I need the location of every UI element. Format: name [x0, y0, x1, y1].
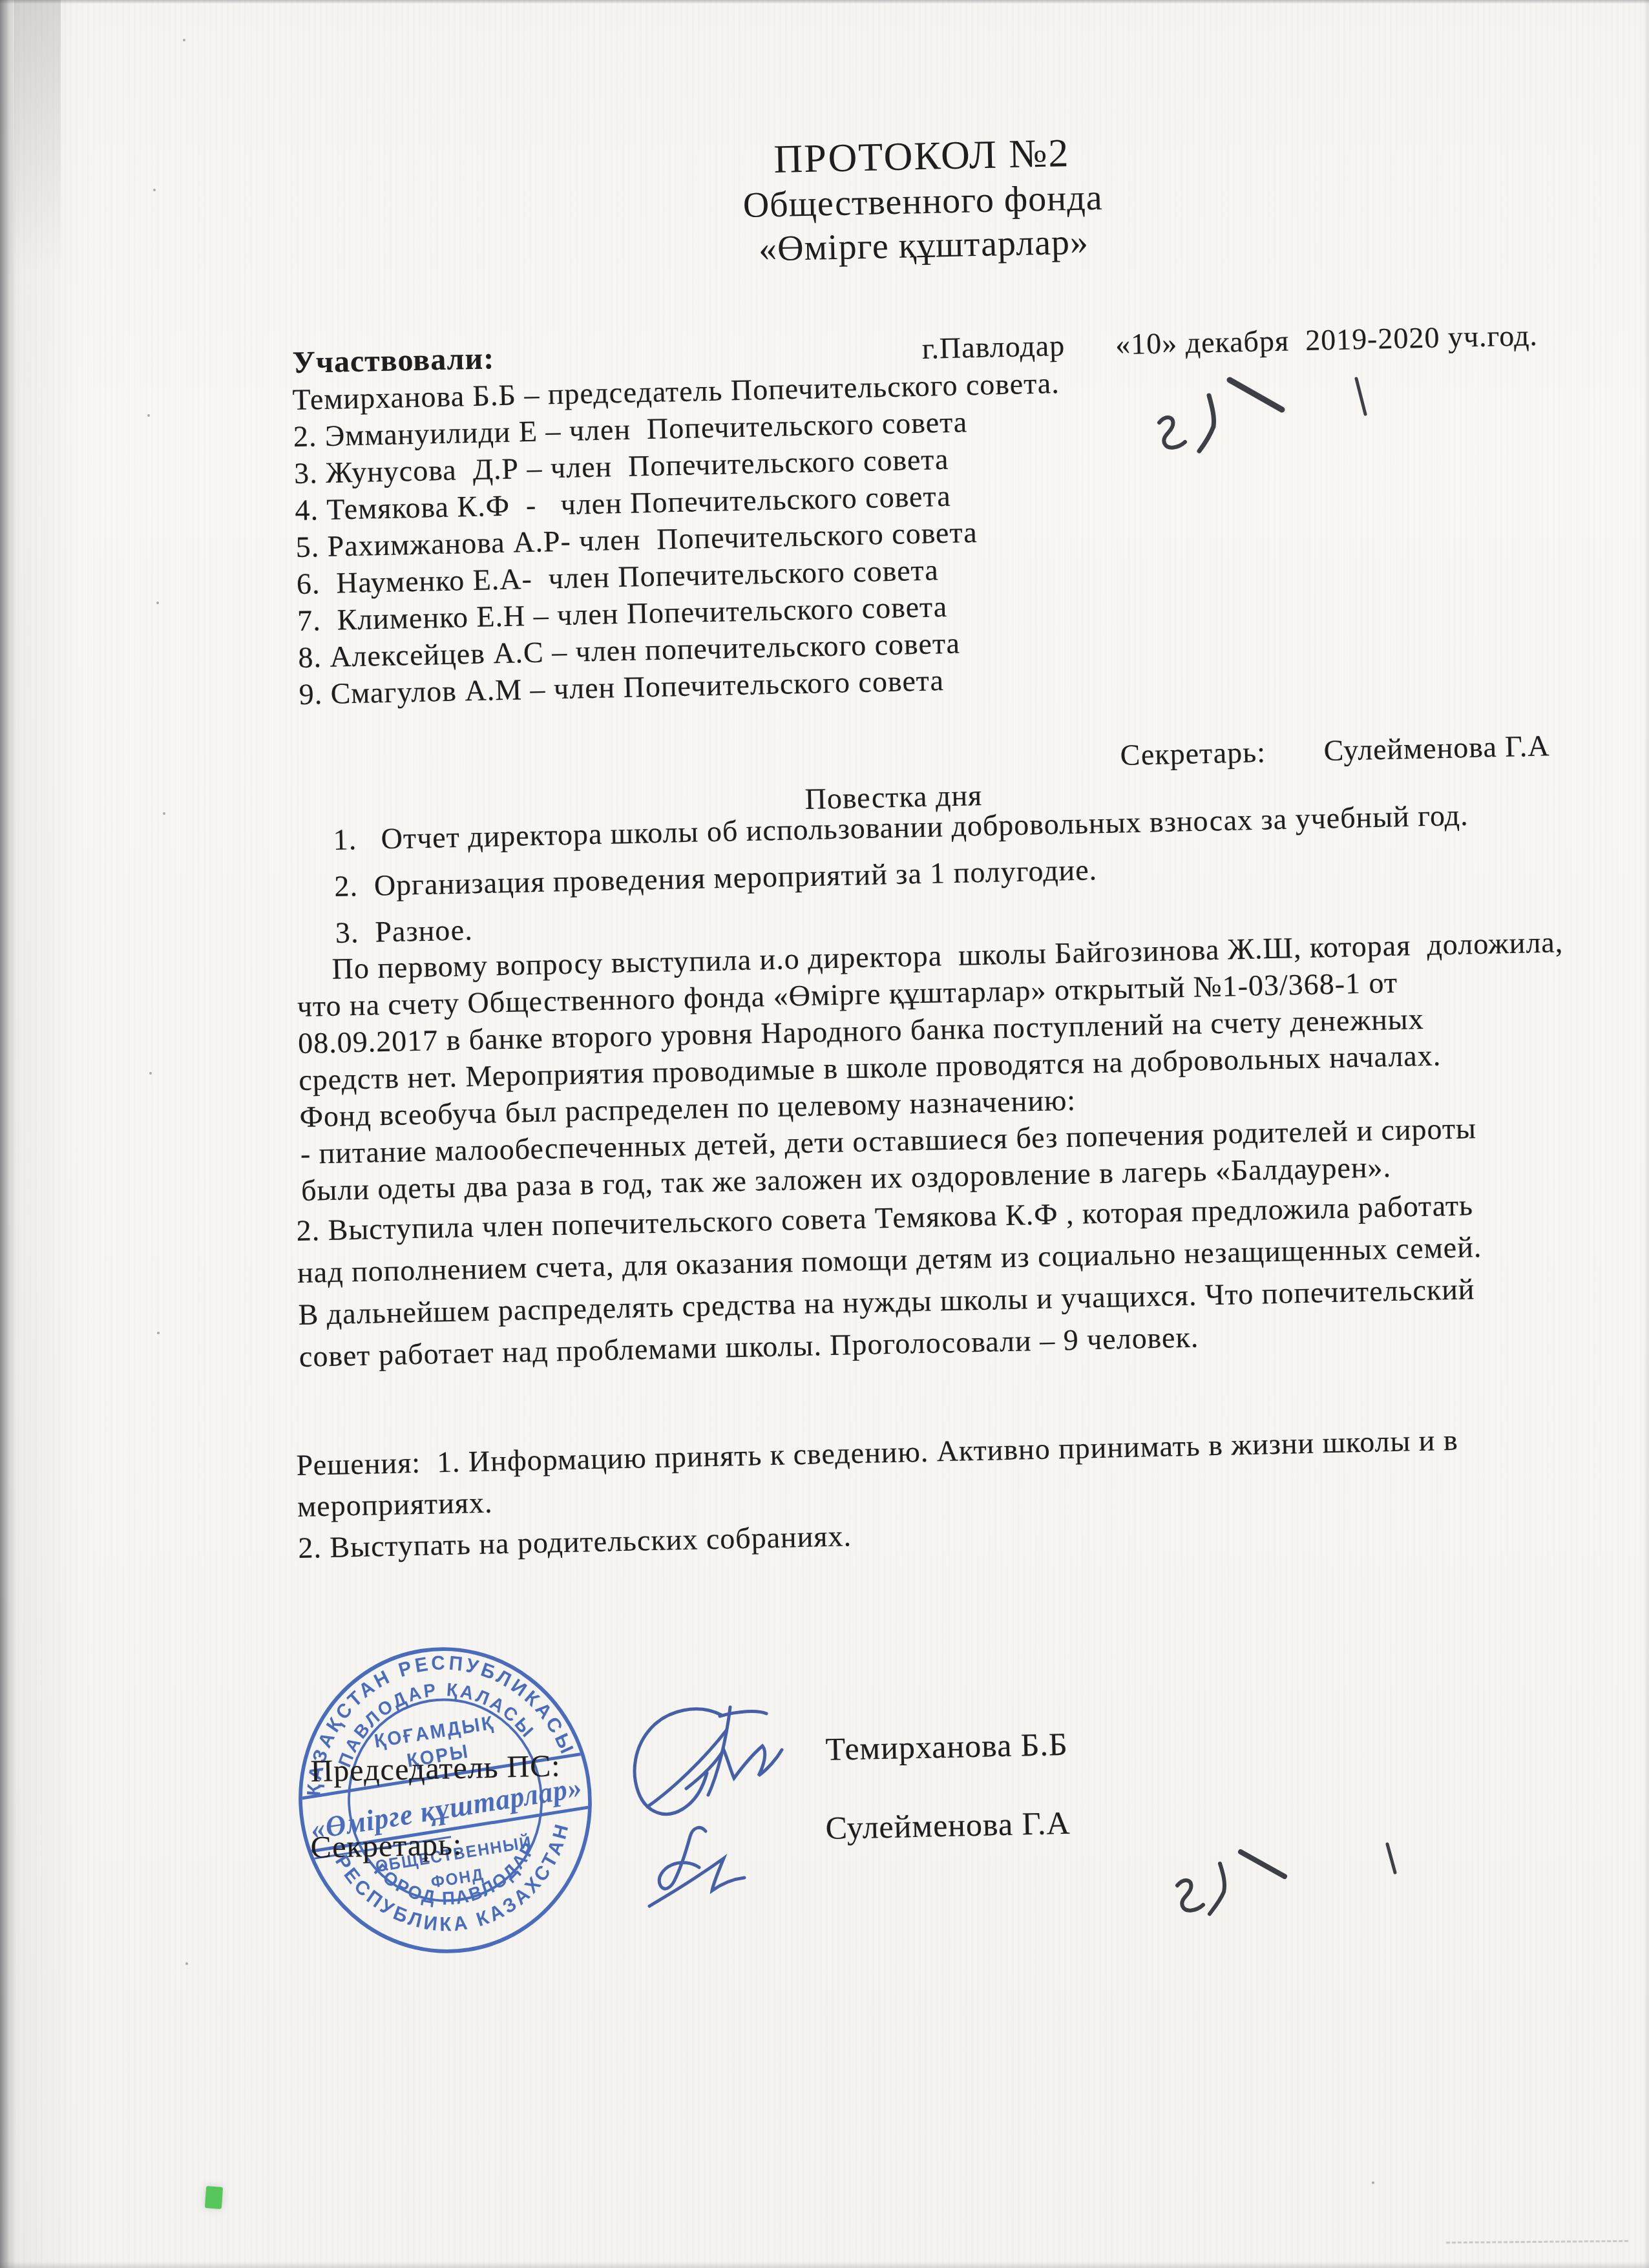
decisions-paragraph: Решения: 1. Информацию принять к сведени… — [296, 1420, 1460, 1569]
scan-edge-shadow-left — [0, 0, 17, 2268]
dust-speck — [153, 189, 156, 191]
dust-speck — [157, 1332, 160, 1334]
participants-heading: Участвовали: — [292, 340, 495, 381]
secretary-line-name: Сулейменова Г.А — [1323, 727, 1550, 769]
dust-speck — [149, 1072, 152, 1075]
report-paragraph: По первому вопросу выступила и.о директо… — [296, 923, 1568, 1209]
proposal-paragraph: 2. Выступила член попечительского совета… — [296, 1184, 1484, 1378]
scan-shadow-band — [14, 0, 61, 271]
secretary-signature — [649, 1827, 744, 1906]
document-header: ПРОТОКОЛ №2 Общественного фонда «Өмірге … — [97, 115, 1649, 286]
secretary-label: Секретарь: — [310, 1827, 463, 1865]
dust-speck — [147, 414, 150, 417]
pen-mark-cluster-bottom — [1177, 1844, 1395, 1914]
dust-speck — [163, 812, 165, 815]
chairman-signature — [635, 1707, 782, 1814]
place-label: г.Павлодар — [921, 329, 1065, 365]
scan-edge-shadow-right — [1643, 0, 1649, 2268]
secretary-line-label: Секретарь: — [1120, 733, 1266, 773]
dust-speck — [1372, 2181, 1374, 2184]
chairman-name: Темирханова Б.Б — [825, 1725, 1068, 1768]
participants-list: Темирханова Б.Б – председатель Попечител… — [292, 364, 1066, 713]
official-stamp: ҚАЗАҚСТАН РЕСПУБЛИКАСЫ ПАВЛОДАР ҚАЛАСЫ Қ… — [269, 1618, 622, 1982]
date-label: «10» декабря 2019-2020 уч.год. — [1115, 319, 1539, 361]
scanned-protocol-page: ҚАЗАҚСТАН РЕСПУБЛИКАСЫ ПАВЛОДАР ҚАЛАСЫ Қ… — [0, 0, 1649, 2268]
chairman-label: Председатель ПС: — [310, 1748, 561, 1789]
green-sticker — [205, 2186, 223, 2209]
scan-edge-shadow-top — [0, 0, 1649, 4]
scan-edge-shadow-bottom — [0, 2262, 1649, 2268]
faint-scratch-line — [1446, 2240, 1628, 2243]
dust-speck — [156, 602, 159, 604]
dust-speck — [183, 39, 185, 41]
secretary-name: Сулейменова Г.А — [825, 1804, 1071, 1847]
dust-speck — [185, 1962, 188, 1965]
